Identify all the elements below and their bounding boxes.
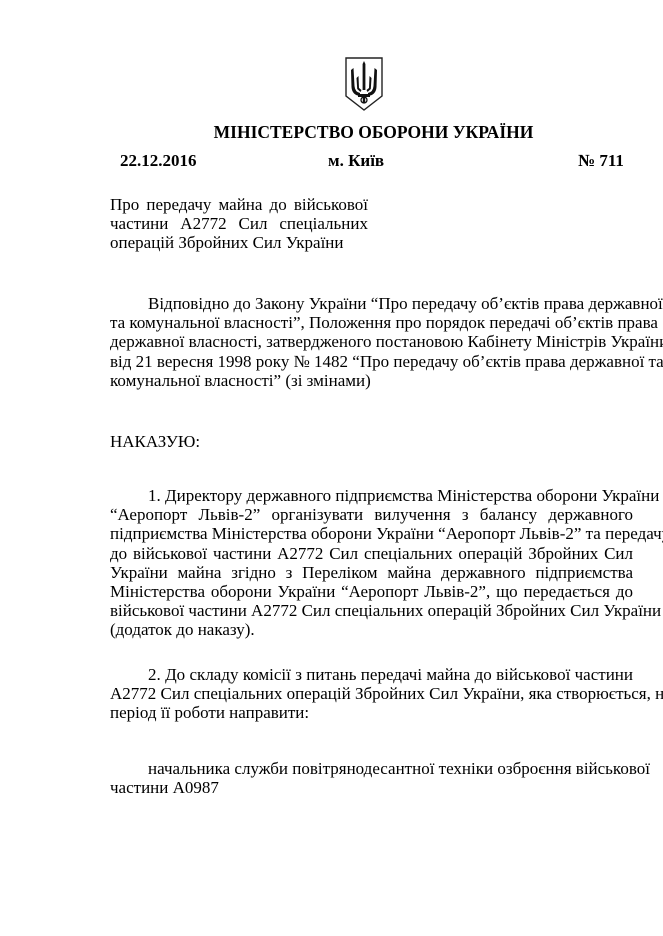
order-item-2: 2. До складу комісії з питань передачі м… bbox=[110, 665, 633, 723]
paragraph-line: період її роботи направити: bbox=[110, 703, 633, 722]
order-date: 22.12.2016 bbox=[120, 151, 197, 171]
paragraph-line: А2772 Сил спеціальних операцій Збройних … bbox=[110, 684, 633, 703]
paragraph-line: до військової частини А2772 Сил спеціаль… bbox=[110, 544, 633, 563]
paragraph-line: та комунальної власності”, Положення про… bbox=[110, 313, 633, 332]
paragraph-line: Відповідно до Закону України “Про переда… bbox=[110, 294, 633, 313]
paragraph-line: від 21 вересня 1998 року № 1482 “Про пер… bbox=[110, 352, 633, 371]
paragraph-line: Міністерства оборони України “Аеропорт Л… bbox=[110, 582, 633, 601]
order-subject: Про передачу майна до військової частини… bbox=[110, 195, 368, 252]
order-word-text: НАКАЗУЮ: bbox=[110, 432, 633, 451]
ministry-title: МІНІСТЕРСТВО ОБОРОНИ УКРАЇНИ bbox=[0, 122, 663, 143]
subject-line: Про передачу майна до військової bbox=[110, 195, 368, 214]
paragraph-line: підприємства Міністерства оборони Україн… bbox=[110, 524, 633, 543]
subject-line: частини А2772 Сил спеціальних bbox=[110, 214, 368, 233]
paragraph-line: начальника служби повітрянодесантної тех… bbox=[110, 759, 633, 778]
subject-line: операцій Збройних Сил України bbox=[110, 233, 368, 252]
paragraph-line: 2. До складу комісії з питань передачі м… bbox=[110, 665, 633, 684]
order-word: НАКАЗУЮ: bbox=[110, 432, 633, 451]
order-city: м. Київ bbox=[328, 151, 384, 171]
paragraph-line: 1. Директору державного підприємства Мін… bbox=[110, 486, 633, 505]
order-number: № 711 bbox=[578, 151, 624, 171]
paragraph-line: військової частини А2772 Сил спеціальних… bbox=[110, 601, 633, 620]
commission-member: начальника служби повітрянодесантної тех… bbox=[110, 759, 633, 797]
paragraph-line: частини А0987 bbox=[110, 778, 633, 797]
document-page: МІНІСТЕРСТВО ОБОРОНИ УКРАЇНИ 22.12.2016 … bbox=[0, 0, 663, 936]
paragraph-line: “Аеропорт Львів-2” організувати вилученн… bbox=[110, 505, 633, 524]
paragraph-line: державної власності, затвердженого поста… bbox=[110, 332, 633, 351]
order-item-1: 1. Директору державного підприємства Мін… bbox=[110, 486, 633, 640]
paragraph-line: України майна згідно з Переліком майна д… bbox=[110, 563, 633, 582]
paragraph-line: комунальної власності” (зі змінами) bbox=[110, 371, 633, 390]
paragraph-line: (додаток до наказу). bbox=[110, 620, 633, 639]
legal-basis-paragraph: Відповідно до Закону України “Про переда… bbox=[110, 294, 633, 390]
ukraine-coat-of-arms-icon bbox=[344, 56, 384, 112]
